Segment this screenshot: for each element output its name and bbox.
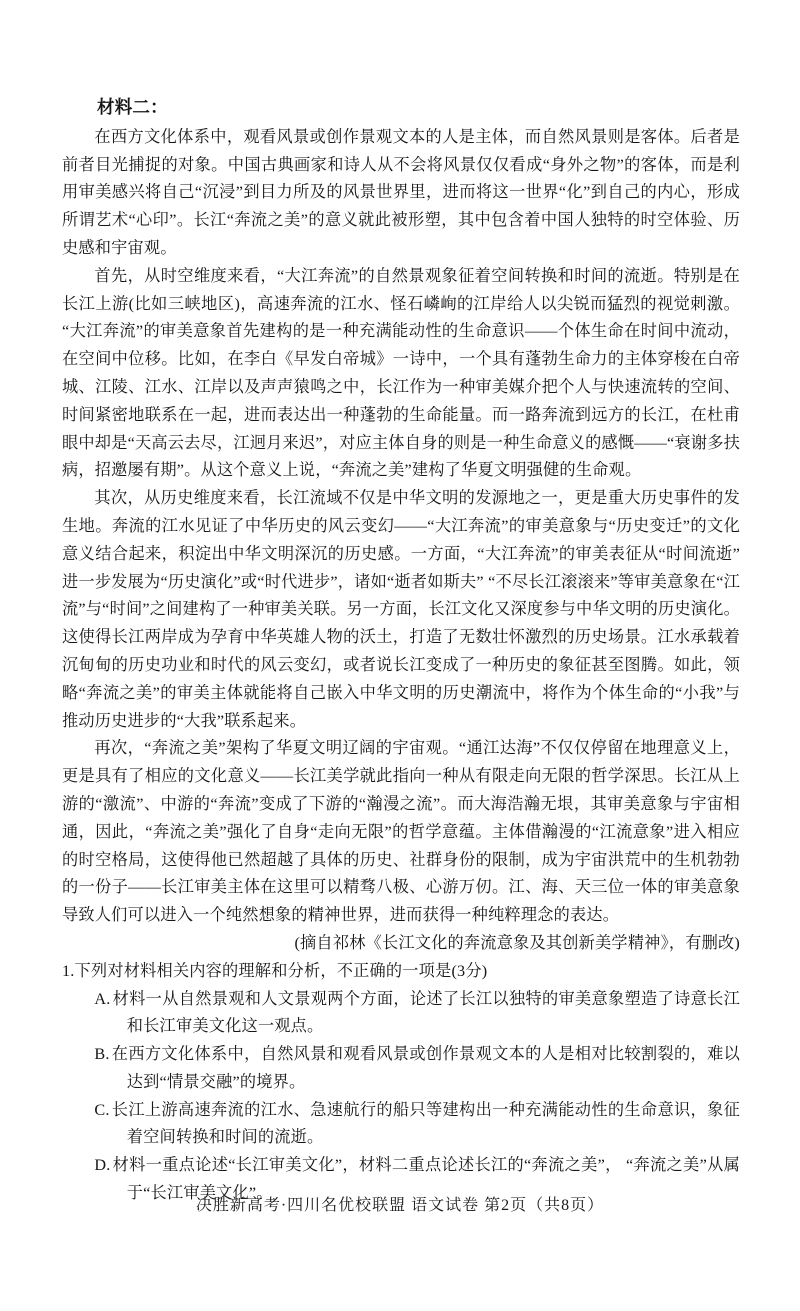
option-d-label: D. [94, 1156, 110, 1174]
material-two-label: 材料二： [62, 94, 740, 122]
material-paragraph-3: 其次，从历史维度来看，长江流域不仅是中华文明的发源地之一，更是重大历史事件的发生… [62, 485, 740, 735]
option-a-label: A. [94, 990, 110, 1008]
question-1-option-c: C.长江上游高速奔流的江水、急速航行的船只等建构出一种充满能动性的生命意识，象征… [94, 1097, 740, 1153]
source-attribution: (摘自祁林《长江文化的奔流意象及其创新美学精神》，有删改) [62, 930, 740, 958]
option-a-text: 材料一从自然景观和人文景观两个方面，论述了长江以独特的审美意象塑造了诗意长江和长… [113, 990, 740, 1036]
material-paragraph-4: 再次，“奔流之美”架构了华夏文明辽阔的宇宙观。“通江达海”不仅仅停留在地理意义上… [62, 735, 740, 930]
option-b-label: B. [94, 1045, 109, 1063]
material-paragraph-1: 在西方文化体系中，观看风景或创作景观文本的人是主体，而自然风景则是客体。后者是前… [62, 124, 740, 263]
question-1-stem: 1.下列对材料相关内容的理解和分析，不正确的一项是(3分) [62, 958, 740, 986]
question-1: 1.下列对材料相关内容的理解和分析，不正确的一项是(3分) A.材料一从自然景观… [62, 958, 740, 1208]
reading-passage-section: 材料二： 在西方文化体系中，观看风景或创作景观文本的人是主体，而自然风景则是客体… [62, 94, 740, 1208]
exam-paper-page: 材料二： 在西方文化体系中，观看风景或创作景观文本的人是主体，而自然风景则是客体… [0, 0, 800, 1311]
question-1-option-a: A.材料一从自然景观和人文景观两个方面，论述了长江以独特的审美意象塑造了诗意长江… [94, 986, 740, 1042]
option-b-text: 在西方文化体系中，自然风景和观看风景或创作景观文本的人是相对比较割裂的，难以达到… [112, 1045, 740, 1091]
option-c-label: C. [94, 1101, 109, 1119]
option-c-text: 长江上游高速奔流的江水、急速航行的船只等建构出一种充满能动性的生命意识，象征着空… [112, 1101, 740, 1147]
page-footer: 决胜新高考·四川名优校联盟 语文试卷 第2页（共8页） [0, 1192, 800, 1215]
question-1-option-b: B.在西方文化体系中，自然风景和观看风景或创作景观文本的人是相对比较割裂的，难以… [94, 1041, 740, 1097]
material-paragraph-2: 首先，从时空维度来看，“大江奔流”的自然景观象征着空间转换和时间的流逝。特别是在… [62, 263, 740, 485]
